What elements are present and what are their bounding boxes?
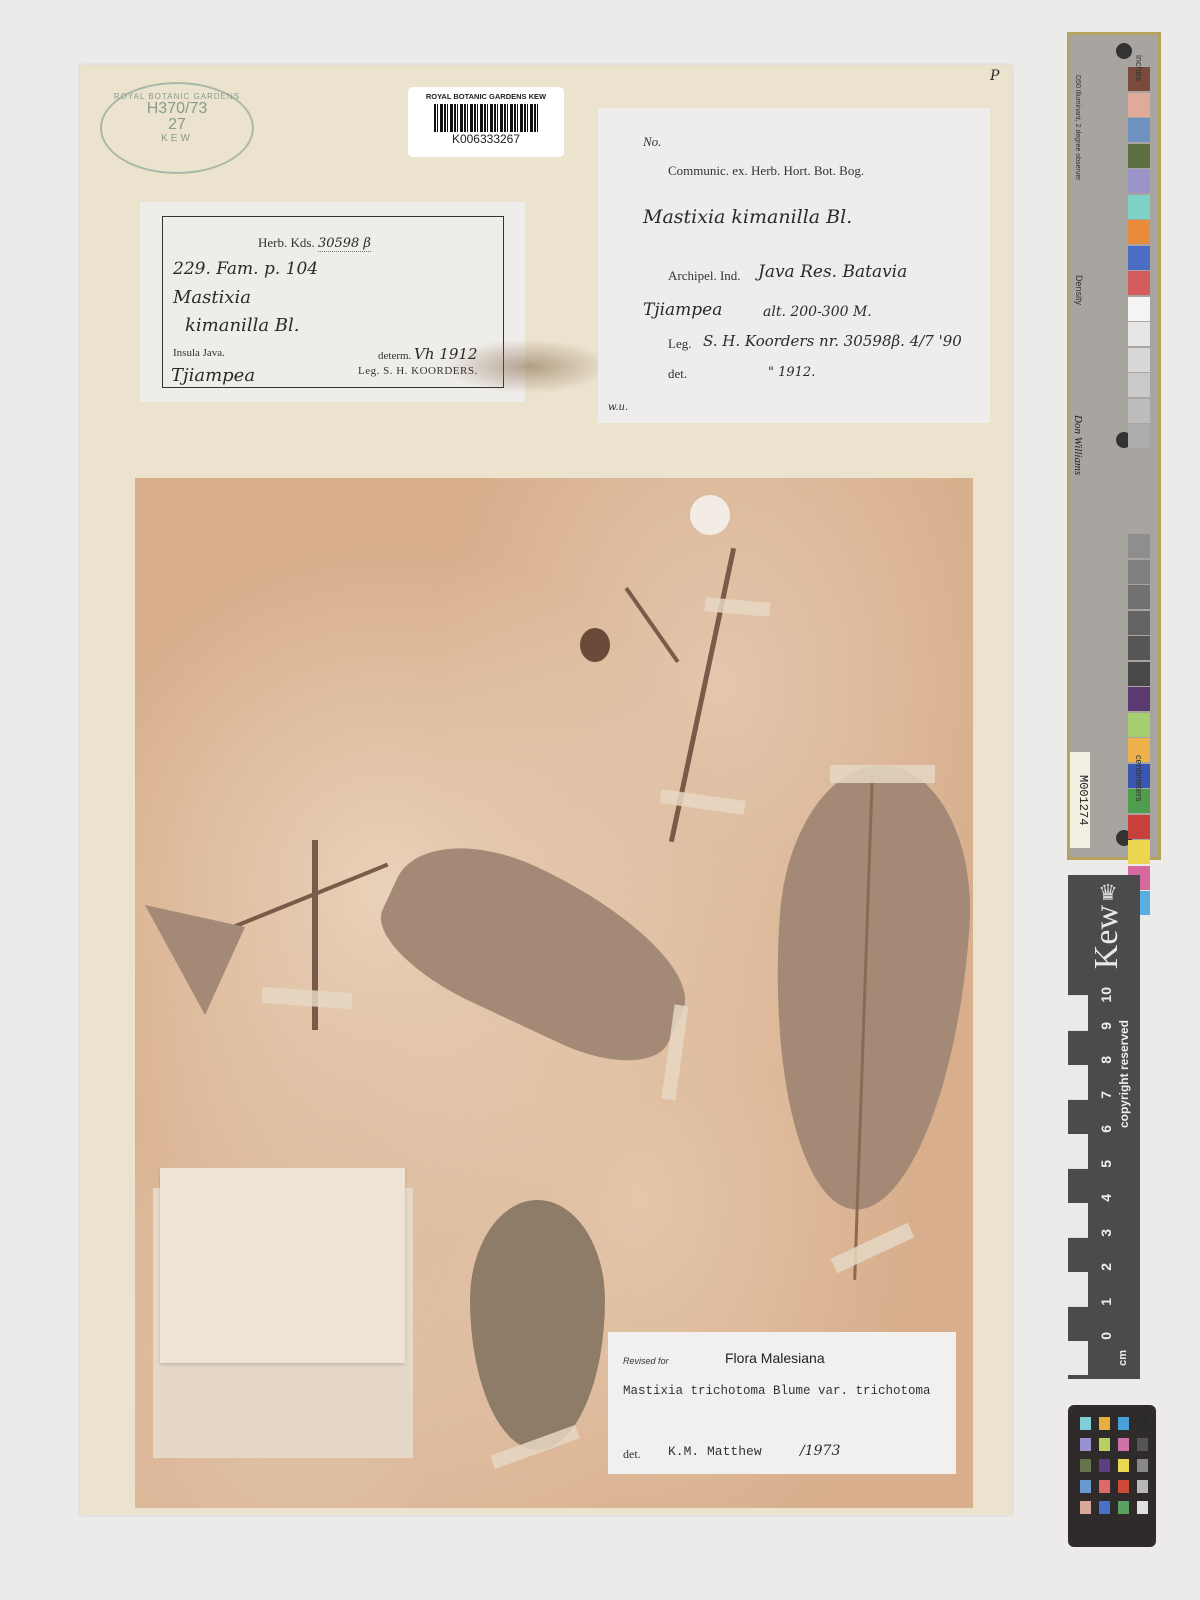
species: kimanilla Bl.	[185, 315, 300, 336]
color-patch	[1137, 1501, 1148, 1514]
leg-label: Leg.	[668, 336, 691, 352]
color-swatch	[1128, 424, 1150, 448]
hole-icon	[1116, 43, 1132, 59]
corner-mark: P	[990, 68, 999, 84]
koorders-label: Herb. Kds. 30598 β 229. Fam. p. 104 Mast…	[140, 202, 525, 402]
color-patch	[1137, 1417, 1148, 1430]
color-swatch	[1128, 118, 1150, 142]
color-swatch	[1128, 611, 1150, 635]
color-patch	[1099, 1480, 1110, 1493]
fruit	[580, 628, 610, 662]
barcode-id: K006333267	[408, 132, 564, 146]
color-swatch	[1128, 144, 1150, 168]
inches-label: inches	[1134, 55, 1144, 81]
herb-number: 30598 β	[318, 236, 371, 252]
annotation-label: Revised for Flora Malesiana Mastixia tri…	[608, 1332, 956, 1474]
det-value: K.M. Matthew	[668, 1444, 762, 1459]
color-patch	[1080, 1438, 1091, 1451]
color-patch	[1137, 1459, 1148, 1472]
color-swatch	[1128, 636, 1150, 660]
herb-kds: Herb. Kds. 30598 β	[258, 235, 371, 251]
color-swatch	[1128, 687, 1150, 711]
color-bar: Density D50 Illuminant, 2 degree observe…	[1067, 32, 1161, 860]
color-patch	[1080, 1501, 1091, 1514]
scale-number: 9	[1098, 1022, 1114, 1030]
scale-block	[1068, 1202, 1088, 1237]
color-patch	[1080, 1459, 1091, 1472]
scale-number: 2	[1098, 1263, 1114, 1271]
det-label: det.	[623, 1447, 641, 1462]
locality: Tjiampea	[643, 300, 722, 320]
leg: Leg. S. H. KOORDERS.	[358, 365, 478, 377]
leg-value: S. H. Koorders nr. 30598β. 4/7 '90	[703, 332, 962, 350]
barcode-icon	[434, 104, 538, 132]
illuminant-note: D50 Illuminant, 2 degree observer	[1074, 75, 1081, 180]
brand-label: Don Williams	[1072, 415, 1084, 475]
scale-number: 0	[1098, 1332, 1114, 1340]
stamp-number: H370/73	[102, 101, 252, 117]
color-swatch	[1128, 169, 1150, 193]
color-swatch	[1128, 322, 1150, 346]
bogor-label: No. Communic. ex. Herb. Hort. Bot. Bog. …	[598, 108, 990, 423]
color-patch	[1099, 1459, 1110, 1472]
scale-block	[1068, 1030, 1088, 1065]
cm-unit: cm	[1117, 1350, 1129, 1366]
scale-block	[1068, 1168, 1088, 1203]
color-swatch	[1128, 220, 1150, 244]
color-swatch	[1128, 815, 1150, 839]
genus: Mastixia	[173, 287, 251, 308]
density-label: Density	[1074, 275, 1084, 305]
color-patch	[1080, 1417, 1091, 1430]
det-year: /1973	[800, 1443, 840, 1459]
color-swatch	[1128, 534, 1150, 558]
color-patch	[1118, 1459, 1129, 1472]
color-patch	[1137, 1438, 1148, 1451]
scale-number: 7	[1098, 1091, 1114, 1099]
scale-number: 3	[1098, 1229, 1114, 1237]
color-patch	[1099, 1438, 1110, 1451]
revised-for: Revised for	[623, 1356, 669, 1366]
color-swatch	[1128, 560, 1150, 584]
color-patch	[1099, 1417, 1110, 1430]
scale-block	[1068, 995, 1088, 1030]
color-swatch	[1128, 662, 1150, 686]
color-swatch	[1128, 271, 1150, 295]
color-patch	[1118, 1501, 1129, 1514]
scale-block	[1068, 1340, 1088, 1375]
packet-flap	[160, 1168, 405, 1363]
color-swatch	[1128, 373, 1150, 397]
color-swatch	[1128, 195, 1150, 219]
altitude: alt. 200-300 M.	[763, 304, 872, 320]
determ-label: determ.	[378, 350, 411, 362]
flower	[690, 495, 730, 535]
archipel-label: Archipel. Ind.	[668, 268, 741, 284]
det-value: " 1912.	[768, 365, 815, 380]
scale-block	[1068, 1271, 1088, 1306]
color-swatch	[1128, 840, 1150, 864]
family-ref: 229. Fam. p. 104	[173, 259, 318, 279]
flora-title: Flora Malesiana	[725, 1350, 825, 1366]
color-swatch	[1128, 93, 1150, 117]
communic: Communic. ex. Herb. Hort. Bot. Bog.	[668, 163, 864, 179]
herb-label: Herb. Kds.	[258, 235, 315, 250]
scale-block	[1068, 1064, 1088, 1099]
scale-block	[1068, 1099, 1088, 1134]
determ: determ. Vh 1912	[378, 345, 477, 363]
color-checker	[1068, 1405, 1156, 1547]
locality: Tjiampea	[171, 365, 255, 386]
color-swatch	[1128, 297, 1150, 321]
color-patch	[1137, 1480, 1148, 1493]
archipel-value: Java Res. Batavia	[758, 262, 907, 282]
barcode-header: ROYAL BOTANIC GARDENS KEW	[408, 92, 564, 101]
stamp-sub: 27	[102, 117, 252, 133]
tape	[830, 765, 935, 783]
color-patch	[1099, 1501, 1110, 1514]
color-swatch	[1128, 713, 1150, 737]
barcode-label: ROYAL BOTANIC GARDENS KEW K006333267	[408, 87, 564, 157]
color-swatch	[1128, 246, 1150, 270]
scale-number: 6	[1098, 1125, 1114, 1133]
copyright: copyright reserved	[1117, 1020, 1131, 1128]
kew-stamp: ROYAL BOTANIC GARDENS H370/73 27 KEW	[100, 82, 254, 174]
color-swatch	[1128, 348, 1150, 372]
insula: Insula Java.	[173, 347, 225, 359]
color-patch	[1118, 1438, 1129, 1451]
stamp-place: KEW	[102, 133, 252, 144]
color-swatch	[1128, 585, 1150, 609]
color-swatch	[1128, 399, 1150, 423]
scale-block	[1068, 1306, 1088, 1341]
scale-number: 10	[1098, 987, 1114, 1003]
determ-value: Vh 1912	[414, 345, 477, 363]
color-bar-code: M001274	[1070, 752, 1090, 848]
scale-block	[1068, 1237, 1088, 1272]
annotation-name: Mastixia trichotoma Blume var. trichotom…	[623, 1384, 953, 1399]
label-mark: w.u.	[608, 402, 628, 413]
kew-logo: Kew	[1088, 905, 1126, 969]
taxon-name: Mastixia kimanilla Bl.	[643, 206, 852, 228]
color-patch	[1080, 1480, 1091, 1493]
scale-number: 4	[1098, 1194, 1114, 1202]
scale-number: 5	[1098, 1160, 1114, 1168]
scale-block	[1068, 1133, 1088, 1168]
color-patch	[1118, 1417, 1129, 1430]
det-label: det.	[668, 366, 687, 382]
no-label: No.	[643, 134, 661, 150]
cm-label: centimeters	[1134, 755, 1144, 802]
scale-number: 8	[1098, 1056, 1114, 1064]
scale-number: 1	[1098, 1298, 1114, 1306]
color-patch	[1118, 1480, 1129, 1493]
